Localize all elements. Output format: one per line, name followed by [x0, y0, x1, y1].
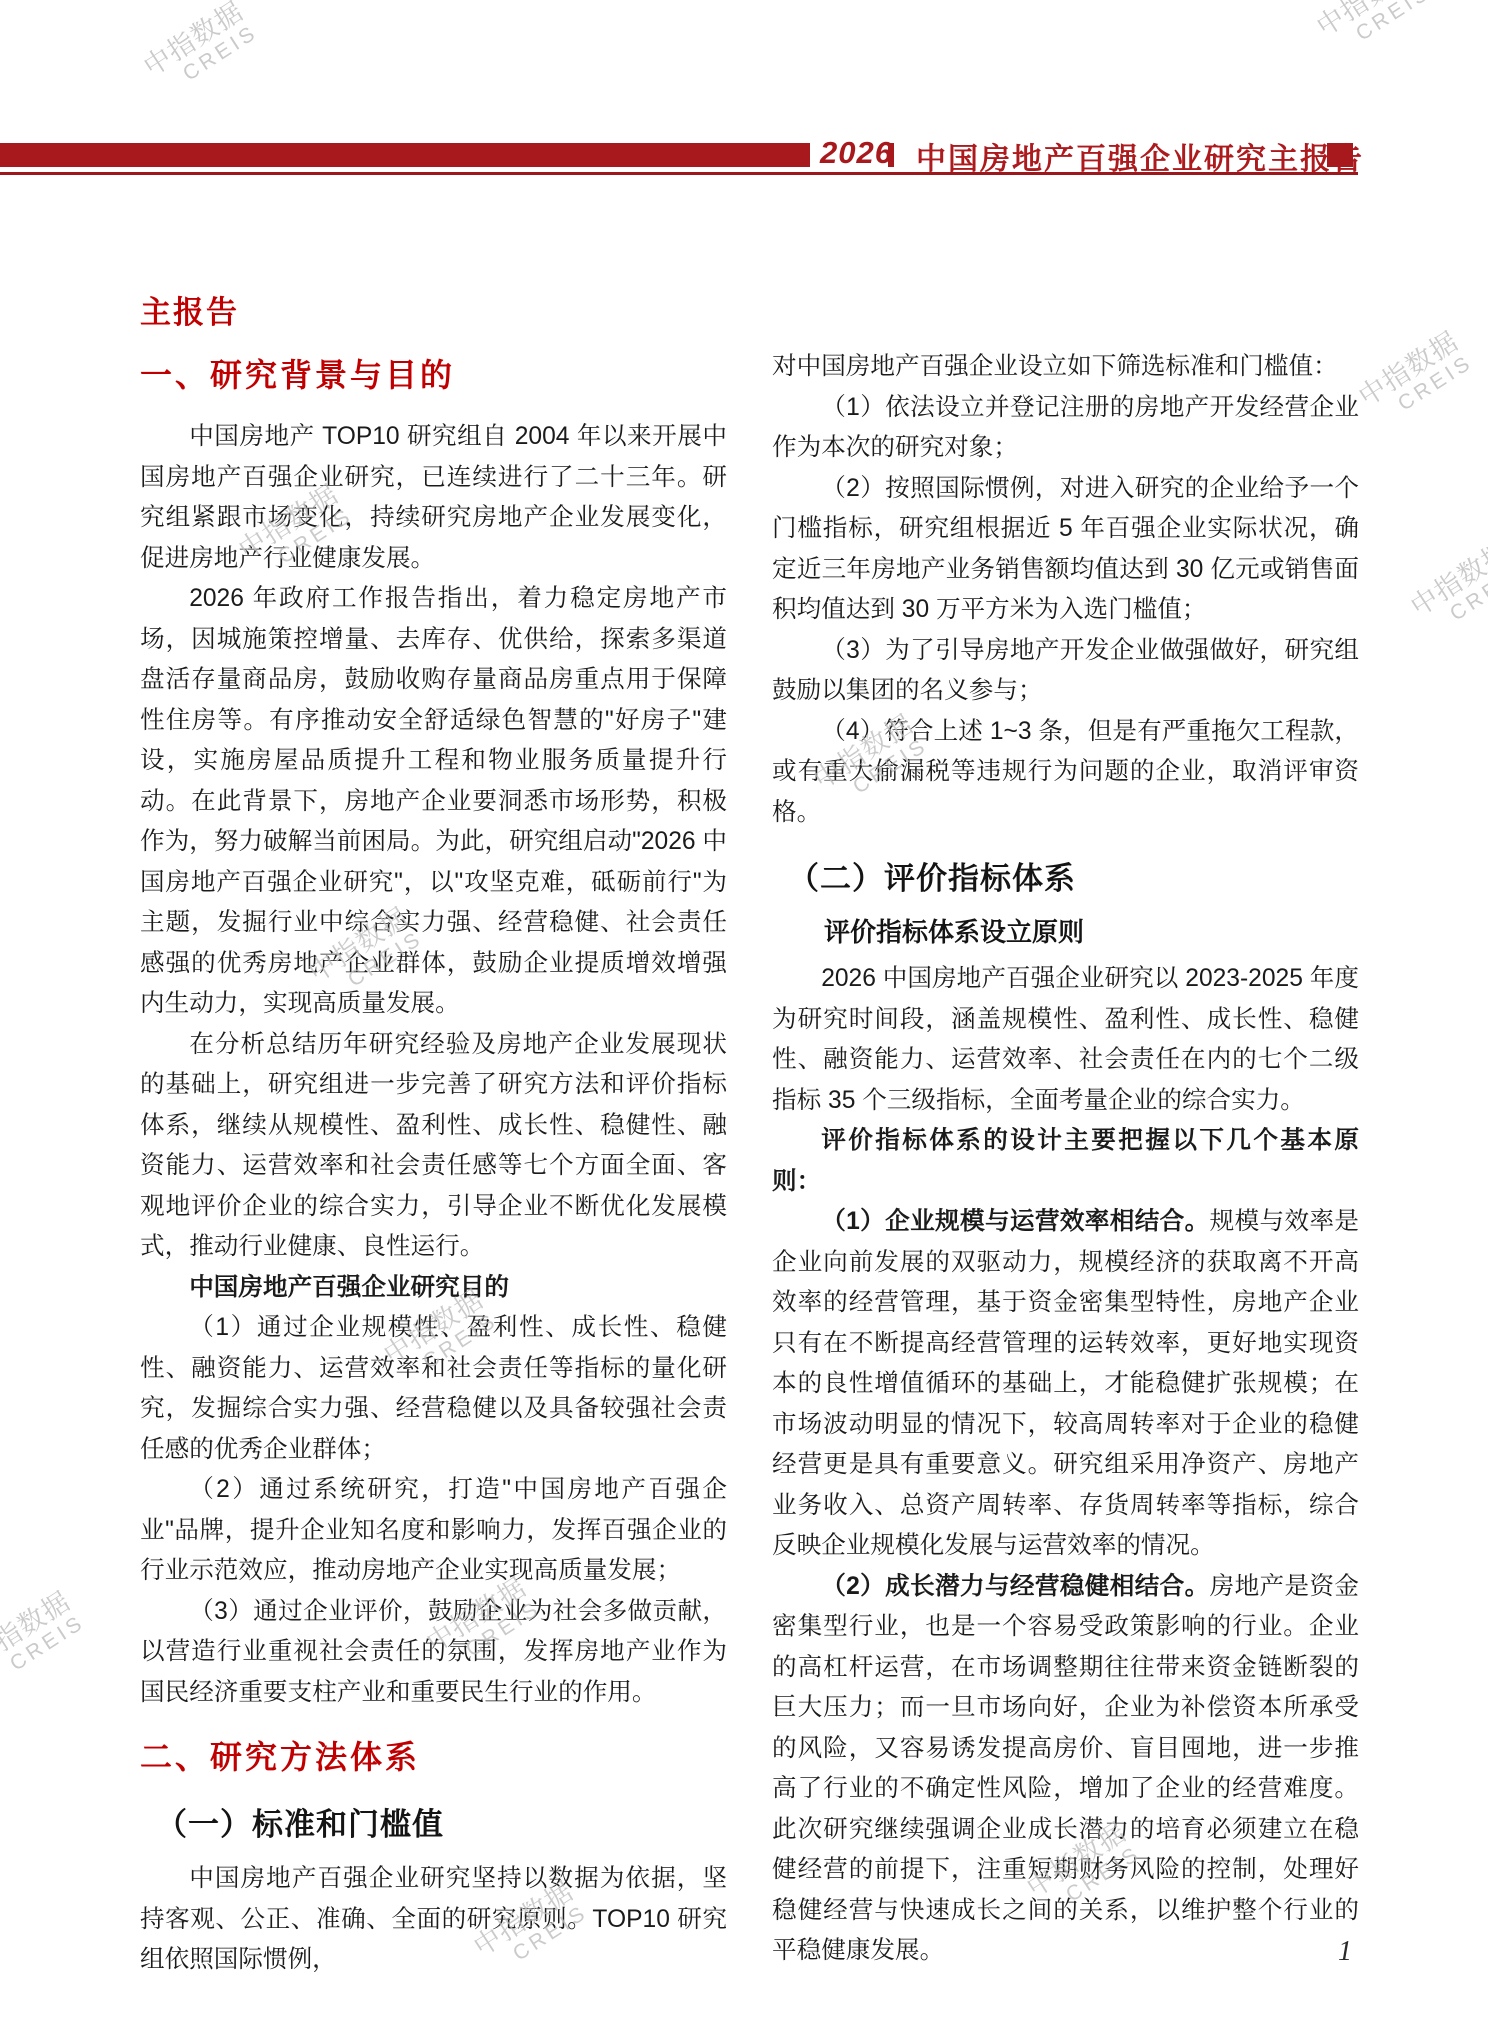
paragraph: （1）依法设立并登记注册的房地产开发经营企业作为本次的研究对象； [772, 388, 1359, 469]
paragraph-bold-lead: （2）成长潜力与经营稳健相结合。 [821, 1573, 1209, 1600]
paragraph: （3）通过企业评价，鼓励企业为社会多做贡献，以营造行业重视社会责任的氛围，发挥房… [140, 1592, 727, 1714]
paragraph: （4）符合上述 1~3 条，但是有严重拖欠工程款，或有重大偷漏税等违规行为问题的… [772, 712, 1359, 834]
section-heading: 主报告 [140, 295, 727, 331]
watermark-subtext: CREIS [1337, 0, 1451, 56]
header-accent-square [1327, 143, 1353, 167]
paragraph: 评价指标体系的设计主要把握以下几个基本原则： [772, 1121, 1359, 1202]
paragraph: （1）企业规模与运营效率相结合。规模与效率是企业向前发展的双驱动力，规模经济的获… [772, 1202, 1359, 1567]
watermark: 中指数据CREIS [122, 0, 277, 112]
section-heading: 评价指标体系设立原则 [772, 913, 1359, 951]
left-column: 主报告一、研究背景与目的中国房地产 TOP10 研究组自 2004 年以来开展中… [140, 295, 727, 1981]
watermark-text: 中指数据 [1295, 0, 1437, 52]
paragraph: （3）为了引导房地产开发企业做强做好，研究组鼓励以集团的名义参与； [772, 631, 1359, 712]
section-heading: 二、研究方法体系 [140, 1735, 727, 1779]
paragraph: 中国房地产百强企业研究坚持以数据为依据，坚持客观、公正、准确、全面的研究原则。T… [140, 1859, 727, 1981]
paragraph: 2026 中国房地产百强企业研究以 2023-2025 年度为研究时间段，涵盖规… [772, 959, 1359, 1121]
section-heading: 一、研究背景与目的 [140, 353, 727, 397]
watermark-text: 中指数据 [1389, 526, 1488, 633]
right-column: 对中国房地产百强企业设立如下筛选标准和门槛值：（1）依法设立并登记注册的房地产开… [772, 347, 1359, 1972]
watermark-subtext: CREIS [1379, 341, 1488, 426]
paragraph: （2）通过系统研究，打造"中国房地产百强企业"品牌，提升企业知名度和影响力，发挥… [140, 1470, 727, 1592]
watermark: 中指数据CREIS [0, 1576, 105, 1703]
page-number: 1 [1338, 1936, 1352, 1968]
watermark-subtext: CREIS [164, 11, 278, 96]
report-page: { "header": { "year": "2026", "title": "… [0, 0, 1488, 2019]
section-heading: （一）标准和门槛值 [140, 1803, 727, 1846]
paragraph: 在分析总结历年研究经验及房地产企业发展现状的基础上，研究组进一步完善了研究方法和… [140, 1025, 727, 1268]
paragraph: 对中国房地产百强企业设立如下筛选标准和门槛值： [772, 347, 1359, 388]
section-heading: （二）评价指标体系 [772, 857, 1359, 900]
watermark-text: 中指数据 [122, 0, 264, 92]
header-bar [0, 143, 810, 167]
paragraph: 中国房地产百强企业研究目的 [140, 1268, 727, 1309]
header-underline [0, 172, 1358, 175]
watermark-text: 中指数据 [0, 1576, 92, 1683]
paragraph: 2026 年政府工作报告指出，着力稳定房地产市场，因城施策控增量、去库存、优供给… [140, 579, 727, 1025]
paragraph: （1）通过企业规模性、盈利性、成长性、稳健性、融资能力、运营效率和社会责任等指标… [140, 1308, 727, 1470]
paragraph-bold-lead: （1）企业规模与运营效率相结合。 [821, 1208, 1209, 1235]
header-bar-end-cap [888, 143, 894, 167]
header-year: 2026 [820, 135, 893, 171]
watermark-subtext: CREIS [1431, 551, 1488, 636]
watermark: 中指数据CREIS [1295, 0, 1450, 72]
watermark-subtext: CREIS [0, 1601, 105, 1686]
watermark: 中指数据CREIS [1337, 316, 1488, 443]
watermark: 中指数据CREIS [1389, 526, 1488, 653]
paragraph: （2）按照国际惯例，对进入研究的企业给予一个门槛指标，研究组根据近 5 年百强企… [772, 469, 1359, 631]
paragraph: （2）成长潜力与经营稳健相结合。房地产是资金密集型行业，也是一个容易受政策影响的… [772, 1567, 1359, 1972]
paragraph: 中国房地产 TOP10 研究组自 2004 年以来开展中国房地产百强企业研究，已… [140, 417, 727, 579]
